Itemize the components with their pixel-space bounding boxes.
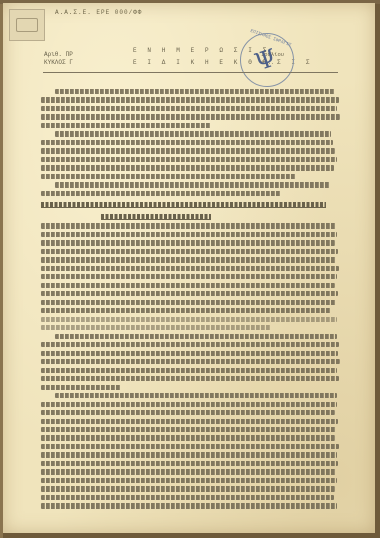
archive-stamp-icon <box>9 9 45 41</box>
text-line <box>41 385 121 390</box>
section-heading-line-1: Η κατάστασις ευνοϊκή για την ανάπτυξη τη… <box>41 202 326 208</box>
text-line <box>41 114 340 119</box>
text-line <box>41 427 336 432</box>
text-line <box>41 223 336 228</box>
official-seal-stamp: ΕΠΙΣΗΜΟΣ ΣΦΡΑΓΙΣ Ψ <box>240 33 294 87</box>
text-line <box>41 452 337 457</box>
text-line <box>41 157 337 162</box>
text-line <box>41 419 338 424</box>
paragraph-5 <box>41 334 341 390</box>
text-line <box>41 140 333 145</box>
paragraph-6 <box>41 393 341 508</box>
text-line <box>41 342 339 347</box>
text-line <box>41 444 339 449</box>
text-line <box>41 232 337 237</box>
text-line <box>41 469 336 474</box>
text-line <box>55 393 337 398</box>
paragraph-3 <box>41 182 341 196</box>
text-line <box>41 148 335 153</box>
text-line <box>41 503 337 508</box>
reference-number: Αριθ. ΠΡ <box>44 51 73 59</box>
text-line <box>41 308 331 313</box>
section-heading-line-2: της Κυβερνήσεως στις συνθήκες <box>101 214 211 220</box>
scanned-document: Α.Α.Σ.Ε. ΕΡΕ 000/ΦΦ Αριθ. ΠΡ ΚΥΚΛΟΣ Γ Ε … <box>0 0 380 538</box>
text-line <box>41 435 335 440</box>
document-body: Typewritten Greek text, illegible at thi… <box>41 89 341 512</box>
text-line <box>41 97 339 102</box>
text-line <box>41 486 335 491</box>
text-line <box>41 300 336 305</box>
text-line <box>55 89 335 94</box>
text-line <box>41 123 211 128</box>
text-line <box>41 317 337 322</box>
text-line <box>41 368 337 373</box>
text-line <box>41 410 335 415</box>
text-line <box>55 334 337 339</box>
text-line <box>41 165 334 170</box>
text-line <box>41 249 338 254</box>
text-line <box>41 274 337 279</box>
reference-series: ΚΥΚΛΟΣ Γ <box>44 59 73 67</box>
text-line <box>41 351 338 356</box>
text-line <box>41 266 339 271</box>
text-line <box>55 182 330 187</box>
paragraph-2 <box>41 131 341 179</box>
paragraph-4 <box>41 223 341 330</box>
text-line <box>55 131 331 136</box>
header-divider <box>43 72 338 73</box>
paragraph-1 <box>41 89 341 128</box>
text-line <box>41 257 336 262</box>
text-line <box>41 402 337 407</box>
text-line <box>41 174 296 179</box>
text-line <box>41 291 338 296</box>
text-line <box>41 325 271 330</box>
text-line <box>41 495 334 500</box>
document-page: Α.Α.Σ.Ε. ΕΡΕ 000/ΦΦ Αριθ. ΠΡ ΚΥΚΛΟΣ Γ Ε … <box>3 3 375 533</box>
text-line <box>41 376 339 381</box>
text-line <box>41 461 338 466</box>
text-line <box>41 191 281 196</box>
text-line <box>41 283 335 288</box>
archive-code: Α.Α.Σ.Ε. ΕΡΕ 000/ΦΦ <box>55 9 142 16</box>
text-line <box>41 240 335 245</box>
text-line <box>41 359 340 364</box>
text-line <box>41 106 337 111</box>
text-line <box>41 478 337 483</box>
reference-block: Αριθ. ΠΡ ΚΥΚΛΟΣ Γ <box>44 51 73 67</box>
